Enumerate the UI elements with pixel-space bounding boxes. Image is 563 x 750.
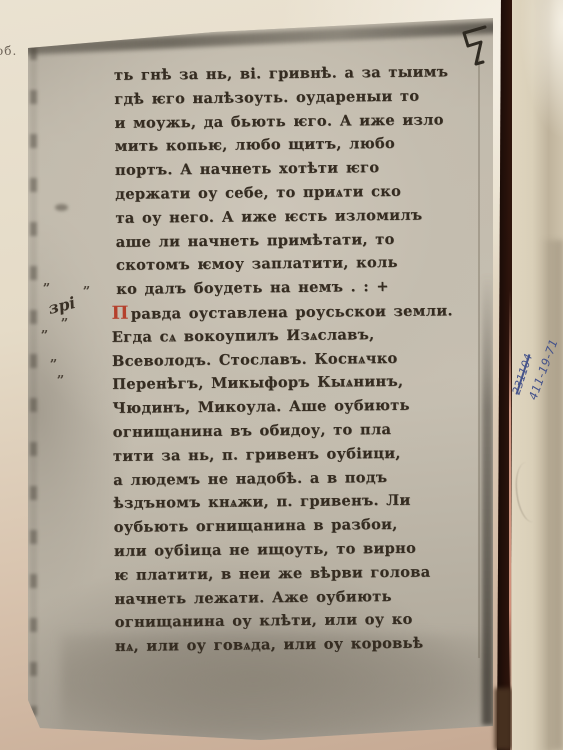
manuscript-line: ть гнѣ за нь, ві. гривнѣ. а за тыимъ (109, 60, 475, 88)
binding-edge-dark-blob (495, 688, 512, 750)
margin-ditto-mark: „ (61, 309, 68, 324)
book-photo-scene: об. зрі „ „ „ „ „ „ ть гнѣ за нь, ві. гр… (0, 0, 563, 750)
photo-left-edge-smudge (30, 46, 37, 716)
title-line-text: равда оуставлена роусьскои земли. (131, 302, 453, 322)
folio-label: об. (0, 44, 17, 58)
photo-top-edge-smudge (22, 21, 506, 55)
paragraph-2: Правда оуставлена роусьскои земли. Егда … (111, 298, 481, 659)
red-initial-letter: П (111, 303, 129, 324)
paragraph-1: ть гнѣ за нь, ві. гривнѣ. а за тыимъ гдѣ… (109, 60, 477, 302)
manuscript-title-line: Правда оуставлена роусьскои земли. (111, 298, 477, 326)
photo-right-shadow (482, 274, 493, 725)
manuscript-line: та оу него. А иже ѥсть изломилъ (110, 203, 476, 231)
manuscript-text: ть гнѣ за нь, ві. гривнѣ. а за тыимъ гдѣ… (109, 60, 481, 659)
margin-ditto-mark: „ (43, 274, 50, 289)
margin-ditto-mark: „ (83, 277, 90, 292)
manuscript-line: ѥ платити, в неи же вѣрви голова (114, 560, 480, 588)
margin-ditto-mark: „ (50, 350, 57, 365)
manuscript-line: и моужь, да бьють ѥго. А иже изло (109, 108, 475, 136)
margin-ditto-mark: „ (41, 321, 48, 336)
manuscript-photo: зрі „ „ „ „ „ „ ть гнѣ за нь, ві. гривнѣ… (28, 12, 493, 740)
binding-edge-highlight (509, 290, 511, 690)
manuscript-line: нѧ, или оу говѧда, или оу коровьѣ (115, 631, 481, 659)
margin-smudge (55, 204, 68, 211)
margin-ditto-mark: „ (57, 366, 64, 381)
